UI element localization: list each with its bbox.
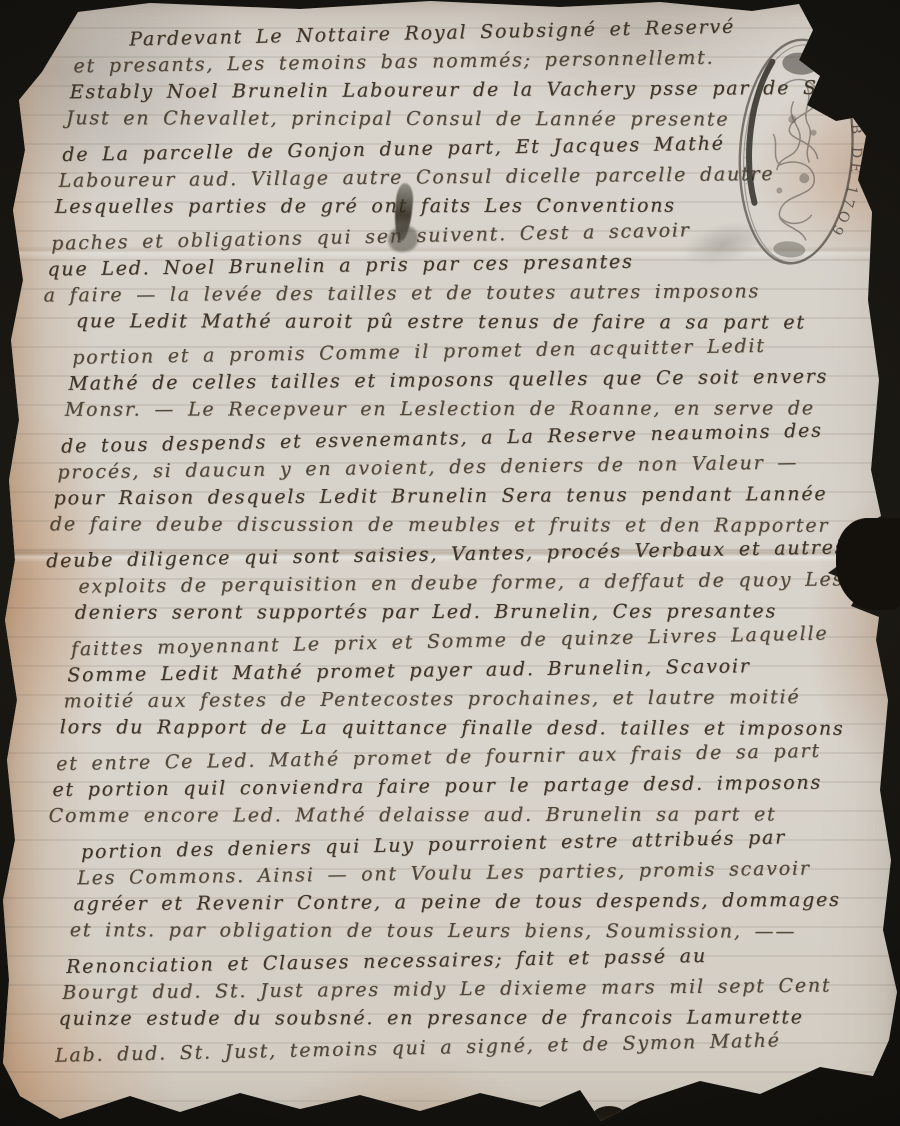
manuscript-line: et presants, Les temoins bas nommés; per… [73, 42, 869, 82]
manuscript-line: portion et a promis Comme il promet den … [72, 330, 872, 373]
manuscript-line: que Led. Noel Brunelin a pris par ces pr… [47, 245, 871, 285]
manuscript-line: lors du Rapport de La quittance finalle … [60, 713, 876, 744]
manuscript-line: et entre Ce Led. Mathé promet de fournir… [56, 736, 876, 779]
stamp-legend-text: B DE 17O9 [826, 121, 867, 242]
manuscript-line: et ints. par obligation de tous Leurs bi… [70, 916, 878, 947]
manuscript-line: quinze estude du soubsné. en presance de… [59, 1003, 879, 1034]
manuscript-line: de faire deube discussion de meubles et … [50, 510, 874, 541]
manuscript-line: Lab. dud. St. Just, temoins qui a signé,… [55, 1024, 879, 1070]
manuscript-line: Comme encore Led. Mathé delaisse aud. Br… [49, 800, 877, 831]
manuscript-line: Just en Chevallet, principal Consul de L… [66, 104, 870, 135]
svg-text:B DE 17O9: B DE 17O9 [826, 121, 867, 242]
manuscript-line: exploits de perquisition en deube forme,… [78, 565, 874, 602]
manuscript-line: agréer et Revenir Contre, a peine de tou… [73, 886, 877, 920]
photo-background: Pardevant Le Nottaire Royal Soubsigné et… [0, 0, 900, 1126]
manuscript-line: Pardevant Le Nottaire Royal Soubsigné et… [129, 10, 869, 55]
manuscript-line: que Ledit Mathé auroit pû estre tenus de… [76, 307, 872, 338]
svg-text:·····: ····· [736, 142, 756, 187]
manuscript-line: Somme Ledit Mathé promet payer aud. Brun… [67, 651, 875, 691]
manuscript-line: moitié aux festes de Pentecostes prochai… [63, 683, 875, 717]
manuscript-line: procés, si daucun y en avoient, des deni… [57, 448, 873, 488]
fiscal-stamp-icon: B DE 17O9 ····· [723, 23, 880, 284]
bottom-edge-speck [592, 1106, 626, 1124]
ink-smear-halo [388, 226, 418, 252]
manuscript-line: deube diligence qui sont saisies, Vantes… [46, 533, 874, 576]
manuscript-line: Estably Noel Brunelin Laboureur de la Va… [70, 74, 870, 108]
manuscript-line: de La parcelle de Gonjon dune part, Et J… [62, 127, 870, 170]
manuscript-line: paches et obligations qui sen suivent. C… [51, 212, 871, 258]
manuscript-line: Monsr. — Le Recepveur en Leslection de R… [65, 394, 873, 425]
manuscript-line: Bourgt dud. St. Just apres midy Le dixie… [62, 971, 878, 1008]
manuscript-line: deniers seront supportés par Led. Brunel… [75, 597, 875, 628]
manuscript-line: portion des deniers qui Luy pourroient e… [81, 822, 877, 868]
manuscript-line: a faire — la levée des tailles et de tou… [44, 277, 872, 311]
manuscript-line: Lesquelles parties de gré ont faits Les … [55, 191, 871, 222]
manuscript-line: Mathé de celles tailles et imposons quel… [68, 362, 872, 399]
manuscript-line: de tous despends et esvenemants, a La Re… [61, 415, 873, 461]
manuscript-line: et portion quil conviendra faire pour le… [52, 768, 876, 805]
manuscript-line: Les Commons. Ainsi — ont Voulu Les parti… [77, 854, 877, 894]
manuscript-line: faittes moyennant Le prix et Somme de qu… [71, 618, 875, 664]
ink-smear [393, 182, 415, 241]
stamp-offset-smudge [663, 205, 782, 282]
manuscript-page: Pardevant Le Nottaire Royal Soubsigné et… [0, 0, 900, 1126]
manuscript-line: pour Raison desquels Ledit Brunelin Sera… [54, 480, 874, 514]
manuscript-line: Laboureur aud. Village autre Consul dice… [58, 159, 870, 196]
manuscript-text: Pardevant Le Nottaire Royal Soubsigné et… [57, 14, 879, 1066]
manuscript-line: Renonciation et Clauses necessaires; fai… [66, 939, 878, 982]
